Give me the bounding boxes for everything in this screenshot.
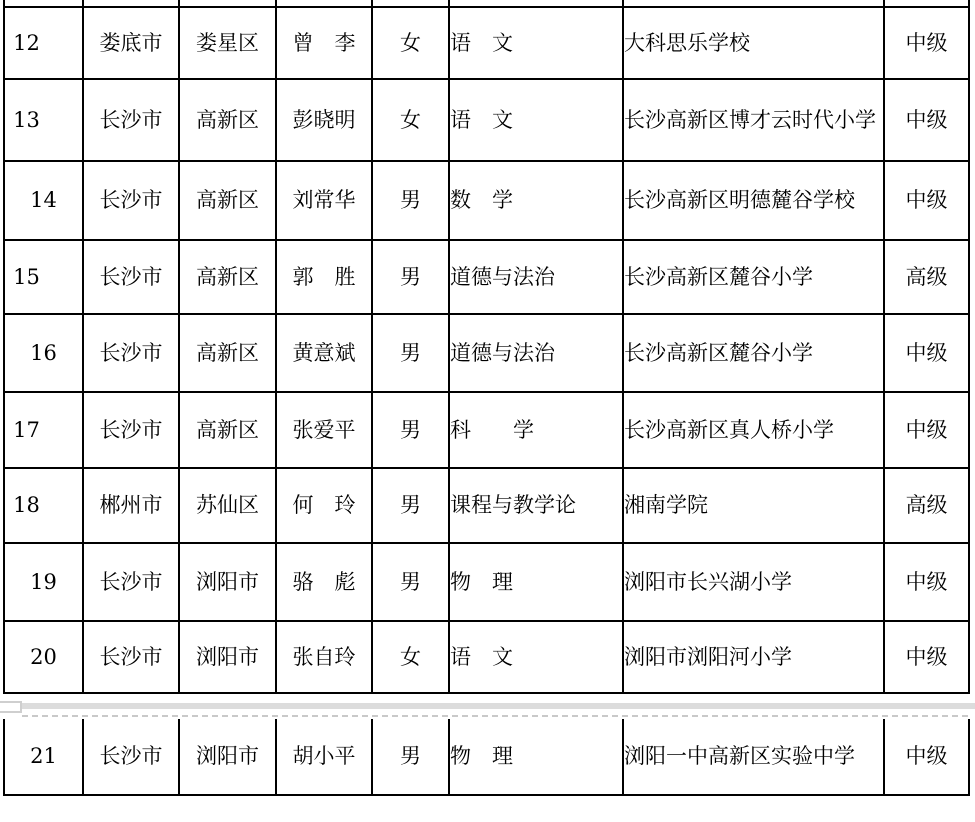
cell-city: 郴州市	[83, 468, 179, 543]
cell-school: 浏阳市长兴湖小学	[623, 543, 884, 621]
cell-name	[276, 0, 372, 7]
cell-district: 高新区	[179, 314, 276, 392]
page-margin-notch	[0, 701, 22, 713]
cell-school	[623, 0, 884, 7]
teacher-roster-table: 12 娄底市 娄星区 曾 李 女 语 文 大科思乐学校 中级 13 长沙市 高新…	[3, 0, 970, 694]
cell-district: 浏阳市	[179, 543, 276, 621]
cell-gender: 男	[372, 543, 449, 621]
cell-gender: 男	[372, 314, 449, 392]
page-break-band	[22, 703, 975, 709]
cell-city: 长沙市	[83, 621, 179, 693]
cell-school: 湘南学院	[623, 468, 884, 543]
cell-district: 高新区	[179, 240, 276, 314]
table-row: 12 娄底市 娄星区 曾 李 女 语 文 大科思乐学校 中级	[4, 7, 969, 79]
cell-subject: 数 学	[449, 161, 623, 240]
cell-seq: 21	[4, 719, 83, 795]
cell-seq: 20	[4, 621, 83, 693]
cell-subject: 课程与教学论	[449, 468, 623, 543]
cell-district: 浏阳市	[179, 621, 276, 693]
cell-seq: 17	[4, 392, 83, 468]
table-row: 21 长沙市 浏阳市 胡小平 男 物 理 浏阳一中高新区实验中学 中级	[4, 719, 969, 795]
cell-school: 浏阳一中高新区实验中学	[623, 719, 884, 795]
cell-gender: 男	[372, 240, 449, 314]
table-row-cutoff	[4, 0, 969, 7]
cell-seq: 12	[4, 7, 83, 79]
table-row: 18 郴州市 苏仙区 何 玲 男 课程与教学论 湘南学院 高级	[4, 468, 969, 543]
cell-subject: 物 理	[449, 719, 623, 795]
cell-subject: 道德与法治	[449, 240, 623, 314]
table-row: 17 长沙市 高新区 张爱平 男 科 学 长沙高新区真人桥小学 中级	[4, 392, 969, 468]
cell-gender: 女	[372, 79, 449, 161]
cell-school: 长沙高新区明德麓谷学校	[623, 161, 884, 240]
table-row: 14 长沙市 高新区 刘常华 男 数 学 长沙高新区明德麓谷学校 中级	[4, 161, 969, 240]
cell-school: 长沙高新区博才云时代小学	[623, 79, 884, 161]
table-row: 13 长沙市 高新区 彭晓明 女 语 文 长沙高新区博才云时代小学 中级	[4, 79, 969, 161]
cell-level: 中级	[884, 7, 969, 79]
cell-district: 苏仙区	[179, 468, 276, 543]
cell-city: 长沙市	[83, 543, 179, 621]
cell-gender: 男	[372, 468, 449, 543]
cell-level: 中级	[884, 621, 969, 693]
cell-seq: 16	[4, 314, 83, 392]
cell-level: 中级	[884, 79, 969, 161]
cell-district: 高新区	[179, 161, 276, 240]
cell-city: 长沙市	[83, 392, 179, 468]
cell-city: 长沙市	[83, 719, 179, 795]
cell-name: 郭 胜	[276, 240, 372, 314]
table-row: 15 长沙市 高新区 郭 胜 男 道德与法治 长沙高新区麓谷小学 高级	[4, 240, 969, 314]
cell-district: 高新区	[179, 79, 276, 161]
cell-city: 长沙市	[83, 79, 179, 161]
table-row: 16 长沙市 高新区 黄意斌 男 道德与法治 长沙高新区麓谷小学 中级	[4, 314, 969, 392]
cell-level: 中级	[884, 314, 969, 392]
cell-name: 彭晓明	[276, 79, 372, 161]
cell-name: 骆 彪	[276, 543, 372, 621]
page-break	[0, 694, 975, 719]
cell-gender: 男	[372, 719, 449, 795]
cell-subject: 语 文	[449, 621, 623, 693]
table-row: 19 长沙市 浏阳市 骆 彪 男 物 理 浏阳市长兴湖小学 中级	[4, 543, 969, 621]
cell-level: 高级	[884, 468, 969, 543]
cell-name: 黄意斌	[276, 314, 372, 392]
cell-name: 何 玲	[276, 468, 372, 543]
cell-level	[884, 0, 969, 7]
cell-name: 胡小平	[276, 719, 372, 795]
cell-subject: 道德与法治	[449, 314, 623, 392]
cell-gender: 男	[372, 161, 449, 240]
cell-name: 张自玲	[276, 621, 372, 693]
cell-district: 高新区	[179, 392, 276, 468]
cell-name: 曾 李	[276, 7, 372, 79]
cell-district: 娄星区	[179, 7, 276, 79]
cell-level: 中级	[884, 392, 969, 468]
cell-seq: 15	[4, 240, 83, 314]
cell-gender	[372, 0, 449, 7]
cell-seq: 18	[4, 468, 83, 543]
cell-level: 中级	[884, 161, 969, 240]
cell-district: 浏阳市	[179, 719, 276, 795]
cell-city: 长沙市	[83, 161, 179, 240]
cell-gender: 女	[372, 621, 449, 693]
cell-school: 浏阳市浏阳河小学	[623, 621, 884, 693]
cell-level: 中级	[884, 543, 969, 621]
cell-subject: 语 文	[449, 7, 623, 79]
cell-gender: 女	[372, 7, 449, 79]
cell-district	[179, 0, 276, 7]
cell-level: 高级	[884, 240, 969, 314]
cell-subject: 物 理	[449, 543, 623, 621]
cell-city: 长沙市	[83, 314, 179, 392]
cell-gender: 男	[372, 392, 449, 468]
cell-seq: 13	[4, 79, 83, 161]
cell-seq: 19	[4, 543, 83, 621]
cell-seq: 14	[4, 161, 83, 240]
page-break-dashed-line	[22, 715, 968, 717]
cell-city: 长沙市	[83, 240, 179, 314]
table-row: 20 长沙市 浏阳市 张自玲 女 语 文 浏阳市浏阳河小学 中级	[4, 621, 969, 693]
cell-city: 娄底市	[83, 7, 179, 79]
teacher-roster-table-continued: 21 长沙市 浏阳市 胡小平 男 物 理 浏阳一中高新区实验中学 中级	[3, 719, 970, 796]
cell-school: 长沙高新区真人桥小学	[623, 392, 884, 468]
cell-school: 大科思乐学校	[623, 7, 884, 79]
cell-city	[83, 0, 179, 7]
cell-subject	[449, 0, 623, 7]
cell-name: 刘常华	[276, 161, 372, 240]
cell-school: 长沙高新区麓谷小学	[623, 240, 884, 314]
cell-level: 中级	[884, 719, 969, 795]
document-page: 12 娄底市 娄星区 曾 李 女 语 文 大科思乐学校 中级 13 长沙市 高新…	[0, 0, 975, 822]
cell-seq	[4, 0, 83, 7]
cell-school: 长沙高新区麓谷小学	[623, 314, 884, 392]
cell-subject: 语 文	[449, 79, 623, 161]
cell-name: 张爱平	[276, 392, 372, 468]
cell-subject: 科 学	[449, 392, 623, 468]
